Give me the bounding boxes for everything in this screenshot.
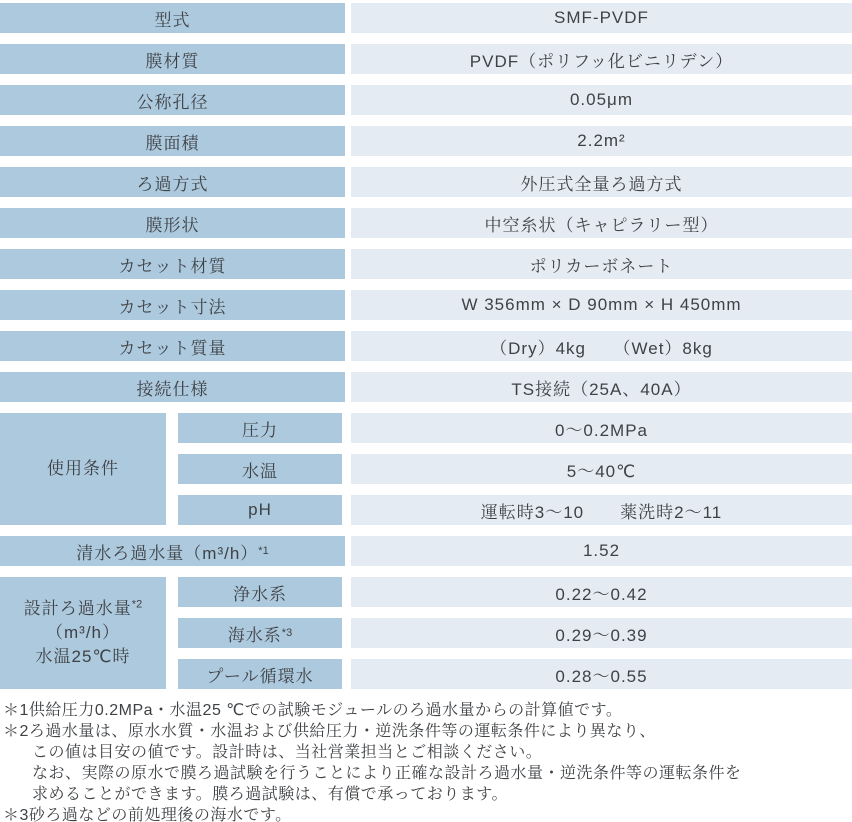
spec-label: 公称孔径 xyxy=(0,85,345,115)
footnote-3: ＊3砂ろ過などの前処理後の海水です。 xyxy=(0,805,852,822)
table-row-seawater: 海水系*3 0.29〜0.39 xyxy=(178,618,852,648)
spec-label: ろ過方式 xyxy=(0,167,345,197)
spec-value: 1.52 xyxy=(351,536,852,566)
spec-value: 5〜40℃ xyxy=(351,454,852,484)
footnote-2-cont-3: 求めることができます。膜ろ過試験は、有償で承っております。 xyxy=(0,784,852,805)
spec-label: 清水ろ過水量（m³/h）*1 xyxy=(0,536,345,566)
spec-label: 接続仕様 xyxy=(0,372,345,402)
table-row-nominal-pore-size: 公称孔径 0.05μm xyxy=(0,85,852,115)
table-row-connection-spec: 接続仕様 TS接続（25A、40A） xyxy=(0,372,852,402)
table-row-pressure: 圧力 0〜0.2MPa xyxy=(178,413,852,443)
spec-value: 運転時3〜10 薬洗時2〜11 xyxy=(351,495,852,525)
spec-value: 0.29〜0.39 xyxy=(351,618,852,648)
spec-value: 外圧式全量ろ過方式 xyxy=(351,167,852,197)
group-label-line2: （m³/h） xyxy=(46,621,120,645)
spec-value: 中空糸状（キャピラリー型） xyxy=(351,208,852,238)
spec-sublabel-text: プール循環水 xyxy=(206,662,313,687)
spec-value: PVDF（ポリフッ化ビニリデン） xyxy=(351,44,852,74)
spec-value: 0.22〜0.42 xyxy=(351,577,852,607)
group-label-line1-sup: *2 xyxy=(132,598,142,610)
spec-value: ポリカーボネート xyxy=(351,249,852,279)
spec-sublabel: プール循環水 xyxy=(178,659,342,689)
spec-value: W 356mm × D 90mm × H 450mm xyxy=(351,290,852,320)
footnote-2: ＊2ろ過水量は、原水水質・水温および供給圧力・逆洗条件等の運転条件により異なり、 xyxy=(0,721,852,742)
spec-value: 2.2m² xyxy=(351,126,852,156)
spec-sublabel-text: 海水系 xyxy=(228,621,282,646)
table-row-purified-water: 浄水系 0.22〜0.42 xyxy=(178,577,852,607)
spec-sublabel-text: 浄水系 xyxy=(233,580,287,605)
table-row-ph: pH 運転時3〜10 薬洗時2〜11 xyxy=(178,495,852,525)
footnotes: ＊1供給圧力0.2MPa・水温25 ℃での試験モジュールのろ過水量からの計算値で… xyxy=(0,700,852,822)
table-row-cassette-dimensions: カセット寸法 W 356mm × D 90mm × H 450mm xyxy=(0,290,852,320)
spec-value: TS接続（25A、40A） xyxy=(351,372,852,402)
table-row-membrane-area: 膜面積 2.2m² xyxy=(0,126,852,156)
spec-value: 0.05μm xyxy=(351,85,852,115)
table-row-cassette-weight: カセット質量 （Dry）4kg （Wet）8kg xyxy=(0,331,852,361)
table-row-model: 型式 SMF-PVDF xyxy=(0,3,852,33)
design-flux-group: 設計ろ過水量*2 （m³/h） 水温25℃時 浄水系 0.22〜0.42 海水系… xyxy=(0,577,852,689)
design-flux-subrows: 浄水系 0.22〜0.42 海水系*3 0.29〜0.39 プール循環水 0.2… xyxy=(178,577,852,689)
group-label-line1-text: 設計ろ過水量 xyxy=(24,599,132,618)
group-label-line3: 水温25℃時 xyxy=(35,645,130,669)
spec-sublabel: 圧力 xyxy=(178,413,342,443)
spec-label: カセット材質 xyxy=(0,249,345,279)
spec-sublabel: pH xyxy=(178,495,342,525)
table-row-water-temperature: 水温 5〜40℃ xyxy=(178,454,852,484)
spec-label: 膜材質 xyxy=(0,44,345,74)
spec-label: カセット質量 xyxy=(0,331,345,361)
spec-label: カセット寸法 xyxy=(0,290,345,320)
footnote-2-cont-2: なお、実際の原水で膜ろ過試験を行うことにより正確な設計ろ過水量・逆洗条件等の運転… xyxy=(0,763,852,784)
spec-label-text: 清水ろ過水量（m³/h） xyxy=(76,539,258,564)
spec-sublabel: 海水系*3 xyxy=(178,618,342,648)
table-row-cassette-material: カセット材質 ポリカーボネート xyxy=(0,249,852,279)
footnote-1: ＊1供給圧力0.2MPa・水温25 ℃での試験モジュールのろ過水量からの計算値で… xyxy=(0,700,852,721)
spec-value: （Dry）4kg （Wet）8kg xyxy=(351,331,852,361)
spec-label: 膜形状 xyxy=(0,208,345,238)
footnote-2-cont-1: この値は目安の値です。設計時は、当社営業担当とご相談ください。 xyxy=(0,742,852,763)
table-row-membrane-material: 膜材質 PVDF（ポリフッ化ビニリデン） xyxy=(0,44,852,74)
spec-value: 0.28〜0.55 xyxy=(351,659,852,689)
spec-table: 型式 SMF-PVDF 膜材質 PVDF（ポリフッ化ビニリデン） 公称孔径 0.… xyxy=(0,0,852,689)
spec-value: SMF-PVDF xyxy=(351,3,852,33)
spec-value: 0〜0.2MPa xyxy=(351,413,852,443)
usage-conditions-subrows: 圧力 0〜0.2MPa 水温 5〜40℃ pH 運転時3〜10 薬洗時2〜11 xyxy=(178,413,852,525)
table-row-membrane-shape: 膜形状 中空糸状（キャピラリー型） xyxy=(0,208,852,238)
table-row-pool-circulation-water: プール循環水 0.28〜0.55 xyxy=(178,659,852,689)
group-label-usage-conditions: 使用条件 xyxy=(0,413,166,525)
table-row-clean-water-flux: 清水ろ過水量（m³/h）*1 1.52 xyxy=(0,536,852,566)
table-row-filtration-method: ろ過方式 外圧式全量ろ過方式 xyxy=(0,167,852,197)
spec-label: 型式 xyxy=(0,3,345,33)
spec-sublabel: 浄水系 xyxy=(178,577,342,607)
group-label-line1: 設計ろ過水量*2 xyxy=(24,597,142,621)
spec-label: 膜面積 xyxy=(0,126,345,156)
usage-conditions-group: 使用条件 圧力 0〜0.2MPa 水温 5〜40℃ pH 運転時3〜10 薬洗時… xyxy=(0,413,852,525)
group-label-design-flux: 設計ろ過水量*2 （m³/h） 水温25℃時 xyxy=(0,577,166,689)
spec-sublabel: 水温 xyxy=(178,454,342,484)
